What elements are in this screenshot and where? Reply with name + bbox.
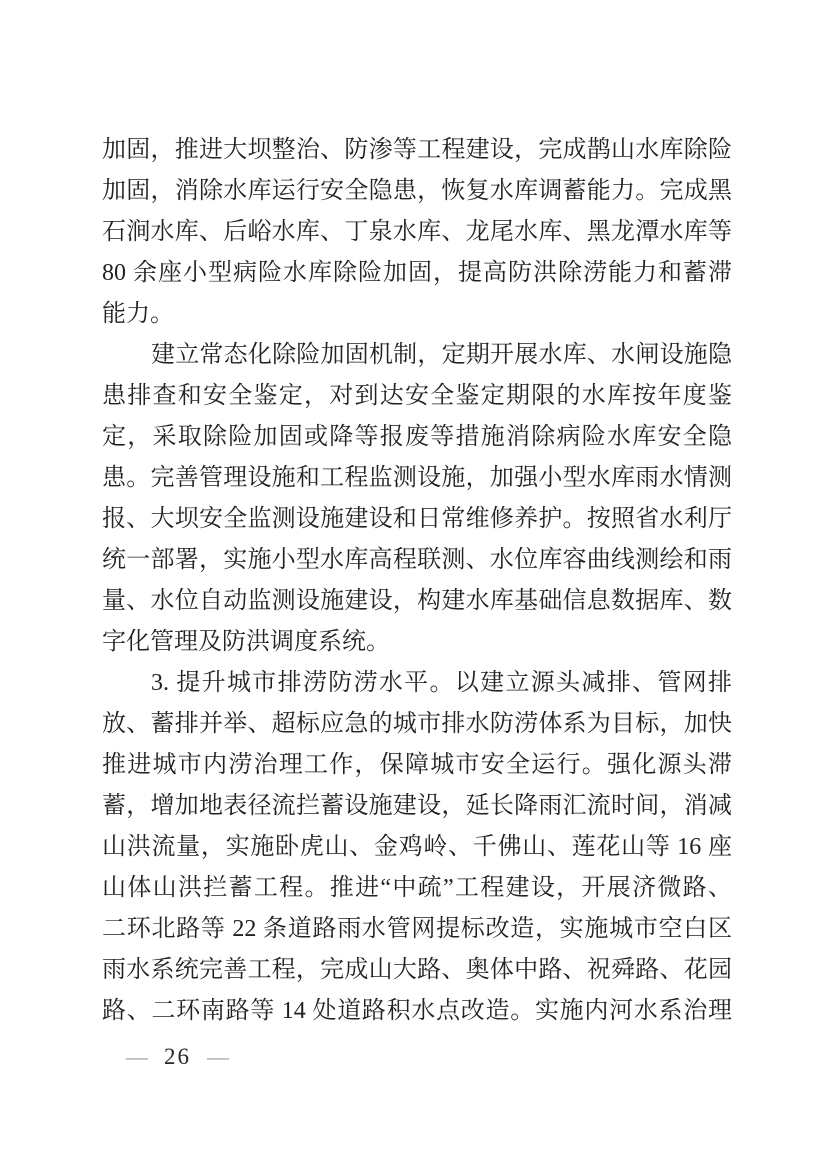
paragraph: 加固，推进大坝整治、防渗等工程建设，完成鹊山水库除险加固，消除水库运行安全隐患，… <box>102 130 732 335</box>
text-line: 定，采取除险加固或降等报废等措施消除病险水库安全隐 <box>102 417 732 458</box>
text-line: 山洪流量，实施卧虎山、金鸡岭、千佛山、莲花山等 16 座 <box>102 827 732 868</box>
footer-dash-left: — <box>126 1042 148 1072</box>
text-line: 二环北路等 22 条道路雨水管网提标改造，实施城市空白区 <box>102 909 732 950</box>
text-line: 路、二环南路等 14 处道路积水点改造。实施内河水系治理 <box>102 991 732 1032</box>
text-line: 蓄，增加地表径流拦蓄设施建设，延长降雨汇流时间，消减 <box>102 786 732 827</box>
page-number: 26 <box>164 1042 191 1072</box>
text-line: 患。完善管理设施和工程监测设施，加强小型水库雨水情测 <box>102 458 732 499</box>
text-line: 患排查和安全鉴定，对到达安全鉴定期限的水库按年度鉴 <box>102 376 732 417</box>
document-body: 加固，推进大坝整治、防渗等工程建设，完成鹊山水库除险加固，消除水库运行安全隐患，… <box>102 130 732 1032</box>
page-footer: — 26 — <box>126 1042 229 1072</box>
text-line: 石涧水库、后峪水库、丁泉水库、龙尾水库、黑龙潭水库等 <box>102 212 732 253</box>
text-line: 山体山洪拦蓄工程。推进“中疏”工程建设，开展济微路、 <box>102 868 732 909</box>
document-page: 加固，推进大坝整治、防渗等工程建设，完成鹊山水库除险加固，消除水库运行安全隐患，… <box>0 0 826 1169</box>
text-line: 3. 提升城市排涝防涝水平。以建立源头减排、管网排 <box>102 663 732 704</box>
text-line: 能力。 <box>102 294 732 335</box>
text-line: 80 余座小型病险水库除险加固，提高防洪除涝能力和蓄滞 <box>102 253 732 294</box>
text-line: 报、大坝安全监测设施建设和日常维修养护。按照省水利厅 <box>102 499 732 540</box>
text-line: 推进城市内涝治理工作，保障城市安全运行。强化源头滞 <box>102 745 732 786</box>
paragraph: 3. 提升城市排涝防涝水平。以建立源头减排、管网排放、蓄排并举、超标应急的城市排… <box>102 663 732 1032</box>
footer-dash-right: — <box>207 1042 229 1072</box>
text-line: 量、水位自动监测设施建设，构建水库基础信息数据库、数 <box>102 581 732 622</box>
text-line: 字化管理及防洪调度系统。 <box>102 622 732 663</box>
text-line: 统一部署，实施小型水库高程联测、水位库容曲线测绘和雨 <box>102 540 732 581</box>
text-line: 建立常态化除险加固机制，定期开展水库、水闸设施隐 <box>102 335 732 376</box>
text-line: 加固，推进大坝整治、防渗等工程建设，完成鹊山水库除险 <box>102 130 732 171</box>
text-line: 雨水系统完善工程，完成山大路、奥体中路、祝舜路、花园 <box>102 950 732 991</box>
text-line: 加固，消除水库运行安全隐患，恢复水库调蓄能力。完成黑 <box>102 171 732 212</box>
paragraph: 建立常态化除险加固机制，定期开展水库、水闸设施隐患排查和安全鉴定，对到达安全鉴定… <box>102 335 732 663</box>
text-line: 放、蓄排并举、超标应急的城市排水防涝体系为目标，加快 <box>102 704 732 745</box>
